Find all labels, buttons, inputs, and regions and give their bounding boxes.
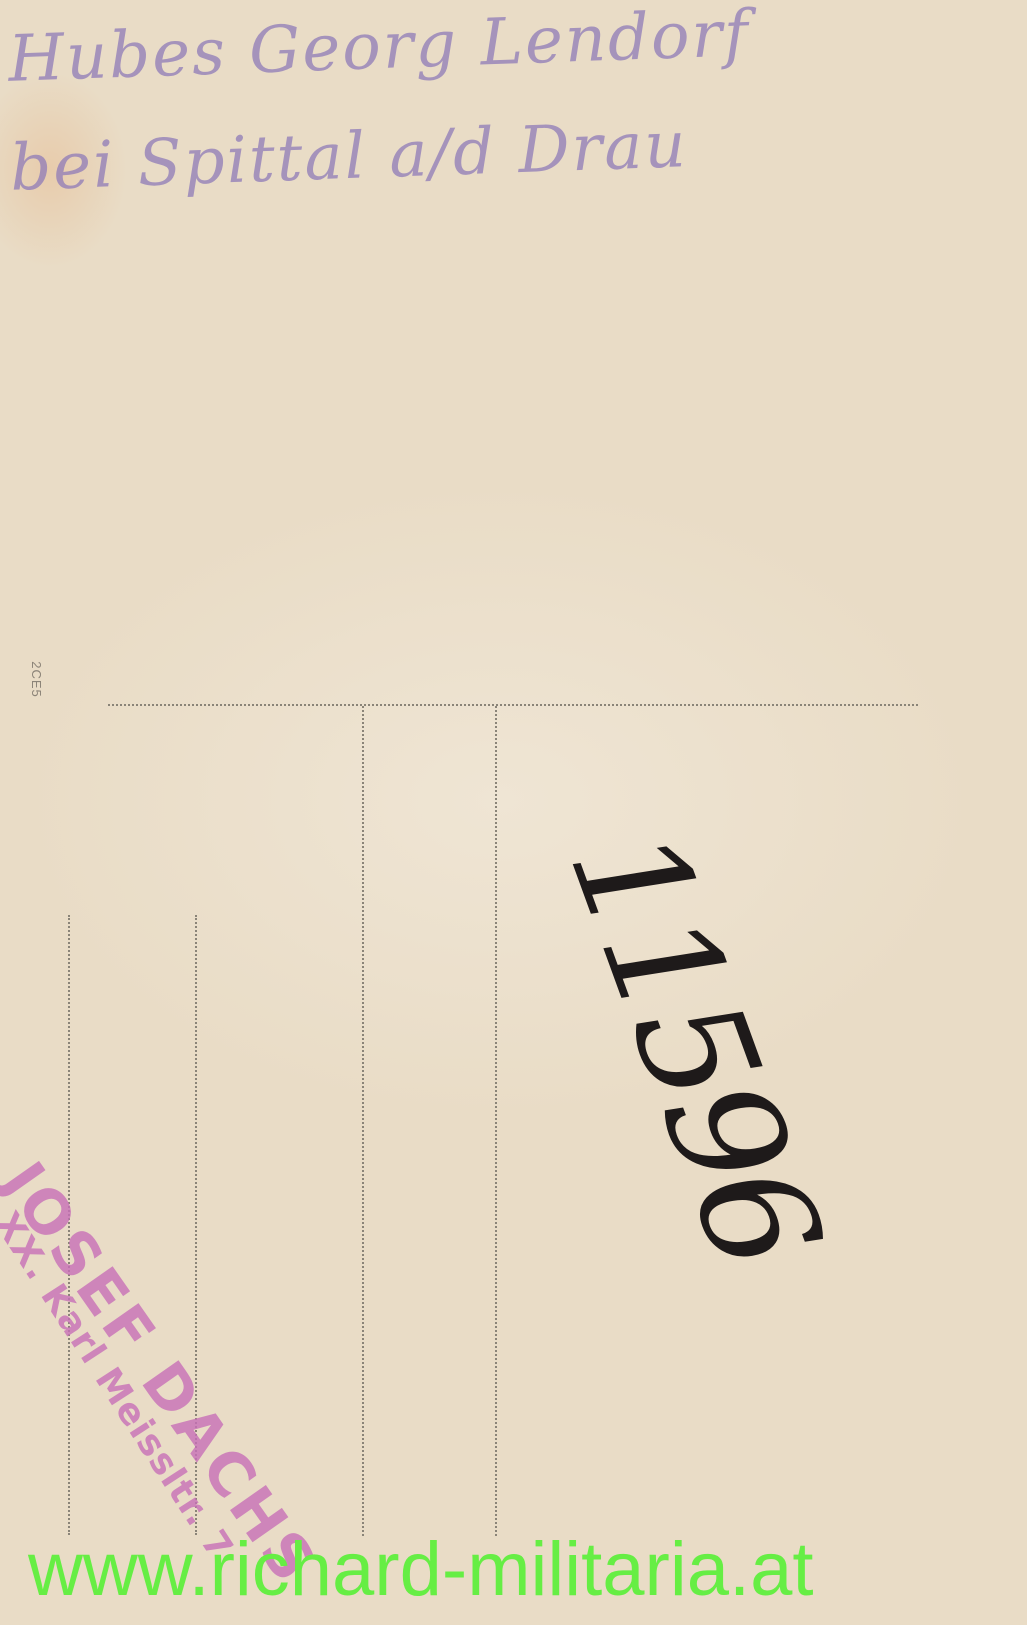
divider-line-horizontal [108,704,918,706]
watermark-url: www.richard-militaria.at [28,1526,814,1613]
postcard-back: Hubes Georg Lendorf bei Spittal a/d Drau… [0,0,1027,1625]
handwritten-line-1: Hubes Georg Lendorf [7,0,751,97]
divider-line-vertical [495,706,497,1536]
divider-line-vertical [362,706,364,1536]
ink-inventory-number: 11596 [535,807,851,1287]
print-code: 2CE5 [29,661,44,698]
handwritten-line-2: bei Spittal a/d Drau [9,108,689,206]
